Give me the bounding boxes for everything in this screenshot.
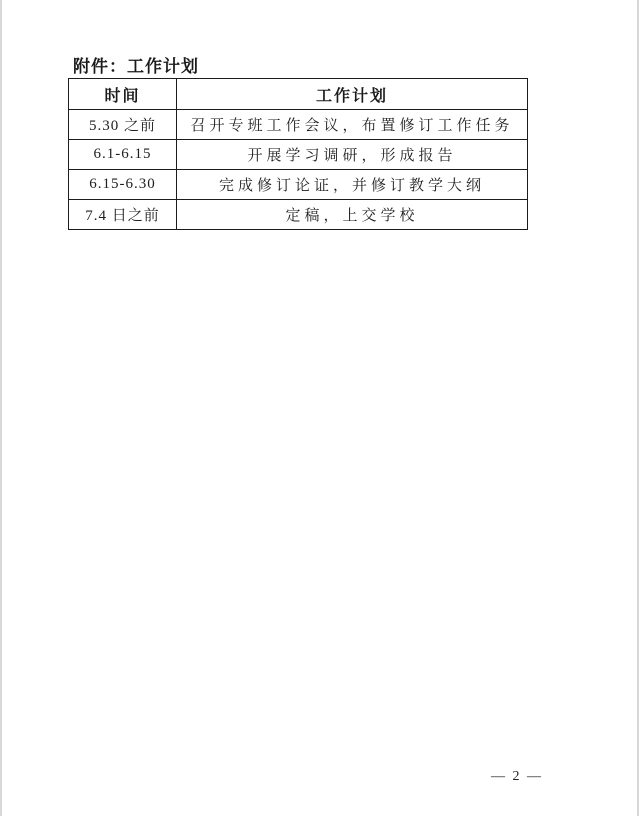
plan-cell: 完成修订论证，并修订教学大纲 <box>177 170 528 200</box>
time-cell: 5.30 之前 <box>69 110 177 140</box>
header-cell-plan: 工作计划 <box>177 79 528 110</box>
page-number: — 2 — <box>491 769 543 785</box>
table-row: 7.4 日之前 定稿，上交学校 <box>69 200 528 230</box>
table-row: 6.1-6.15 开展学习调研，形成报告 <box>69 140 528 170</box>
plan-cell: 开展学习调研，形成报告 <box>177 140 528 170</box>
time-cell: 7.4 日之前 <box>69 200 177 230</box>
plan-cell: 召开专班工作会议，布置修订工作任务 <box>177 110 528 140</box>
time-cell: 6.15-6.30 <box>69 170 177 200</box>
time-cell: 6.1-6.15 <box>69 140 177 170</box>
document-page: 附件：工作计划 时间 工作计划 5.30 之前 召开专班工作会议，布置修订工作任… <box>0 0 639 816</box>
table-header-row: 时间 工作计划 <box>69 79 528 110</box>
table-row: 6.15-6.30 完成修订论证，并修订教学大纲 <box>69 170 528 200</box>
work-plan-table: 时间 工作计划 5.30 之前 召开专班工作会议，布置修订工作任务 6.1-6.… <box>68 78 528 230</box>
attachment-title: 附件：工作计划 <box>73 52 199 77</box>
table-row: 5.30 之前 召开专班工作会议，布置修订工作任务 <box>69 110 528 140</box>
header-cell-time: 时间 <box>69 79 177 110</box>
plan-cell: 定稿，上交学校 <box>177 200 528 230</box>
